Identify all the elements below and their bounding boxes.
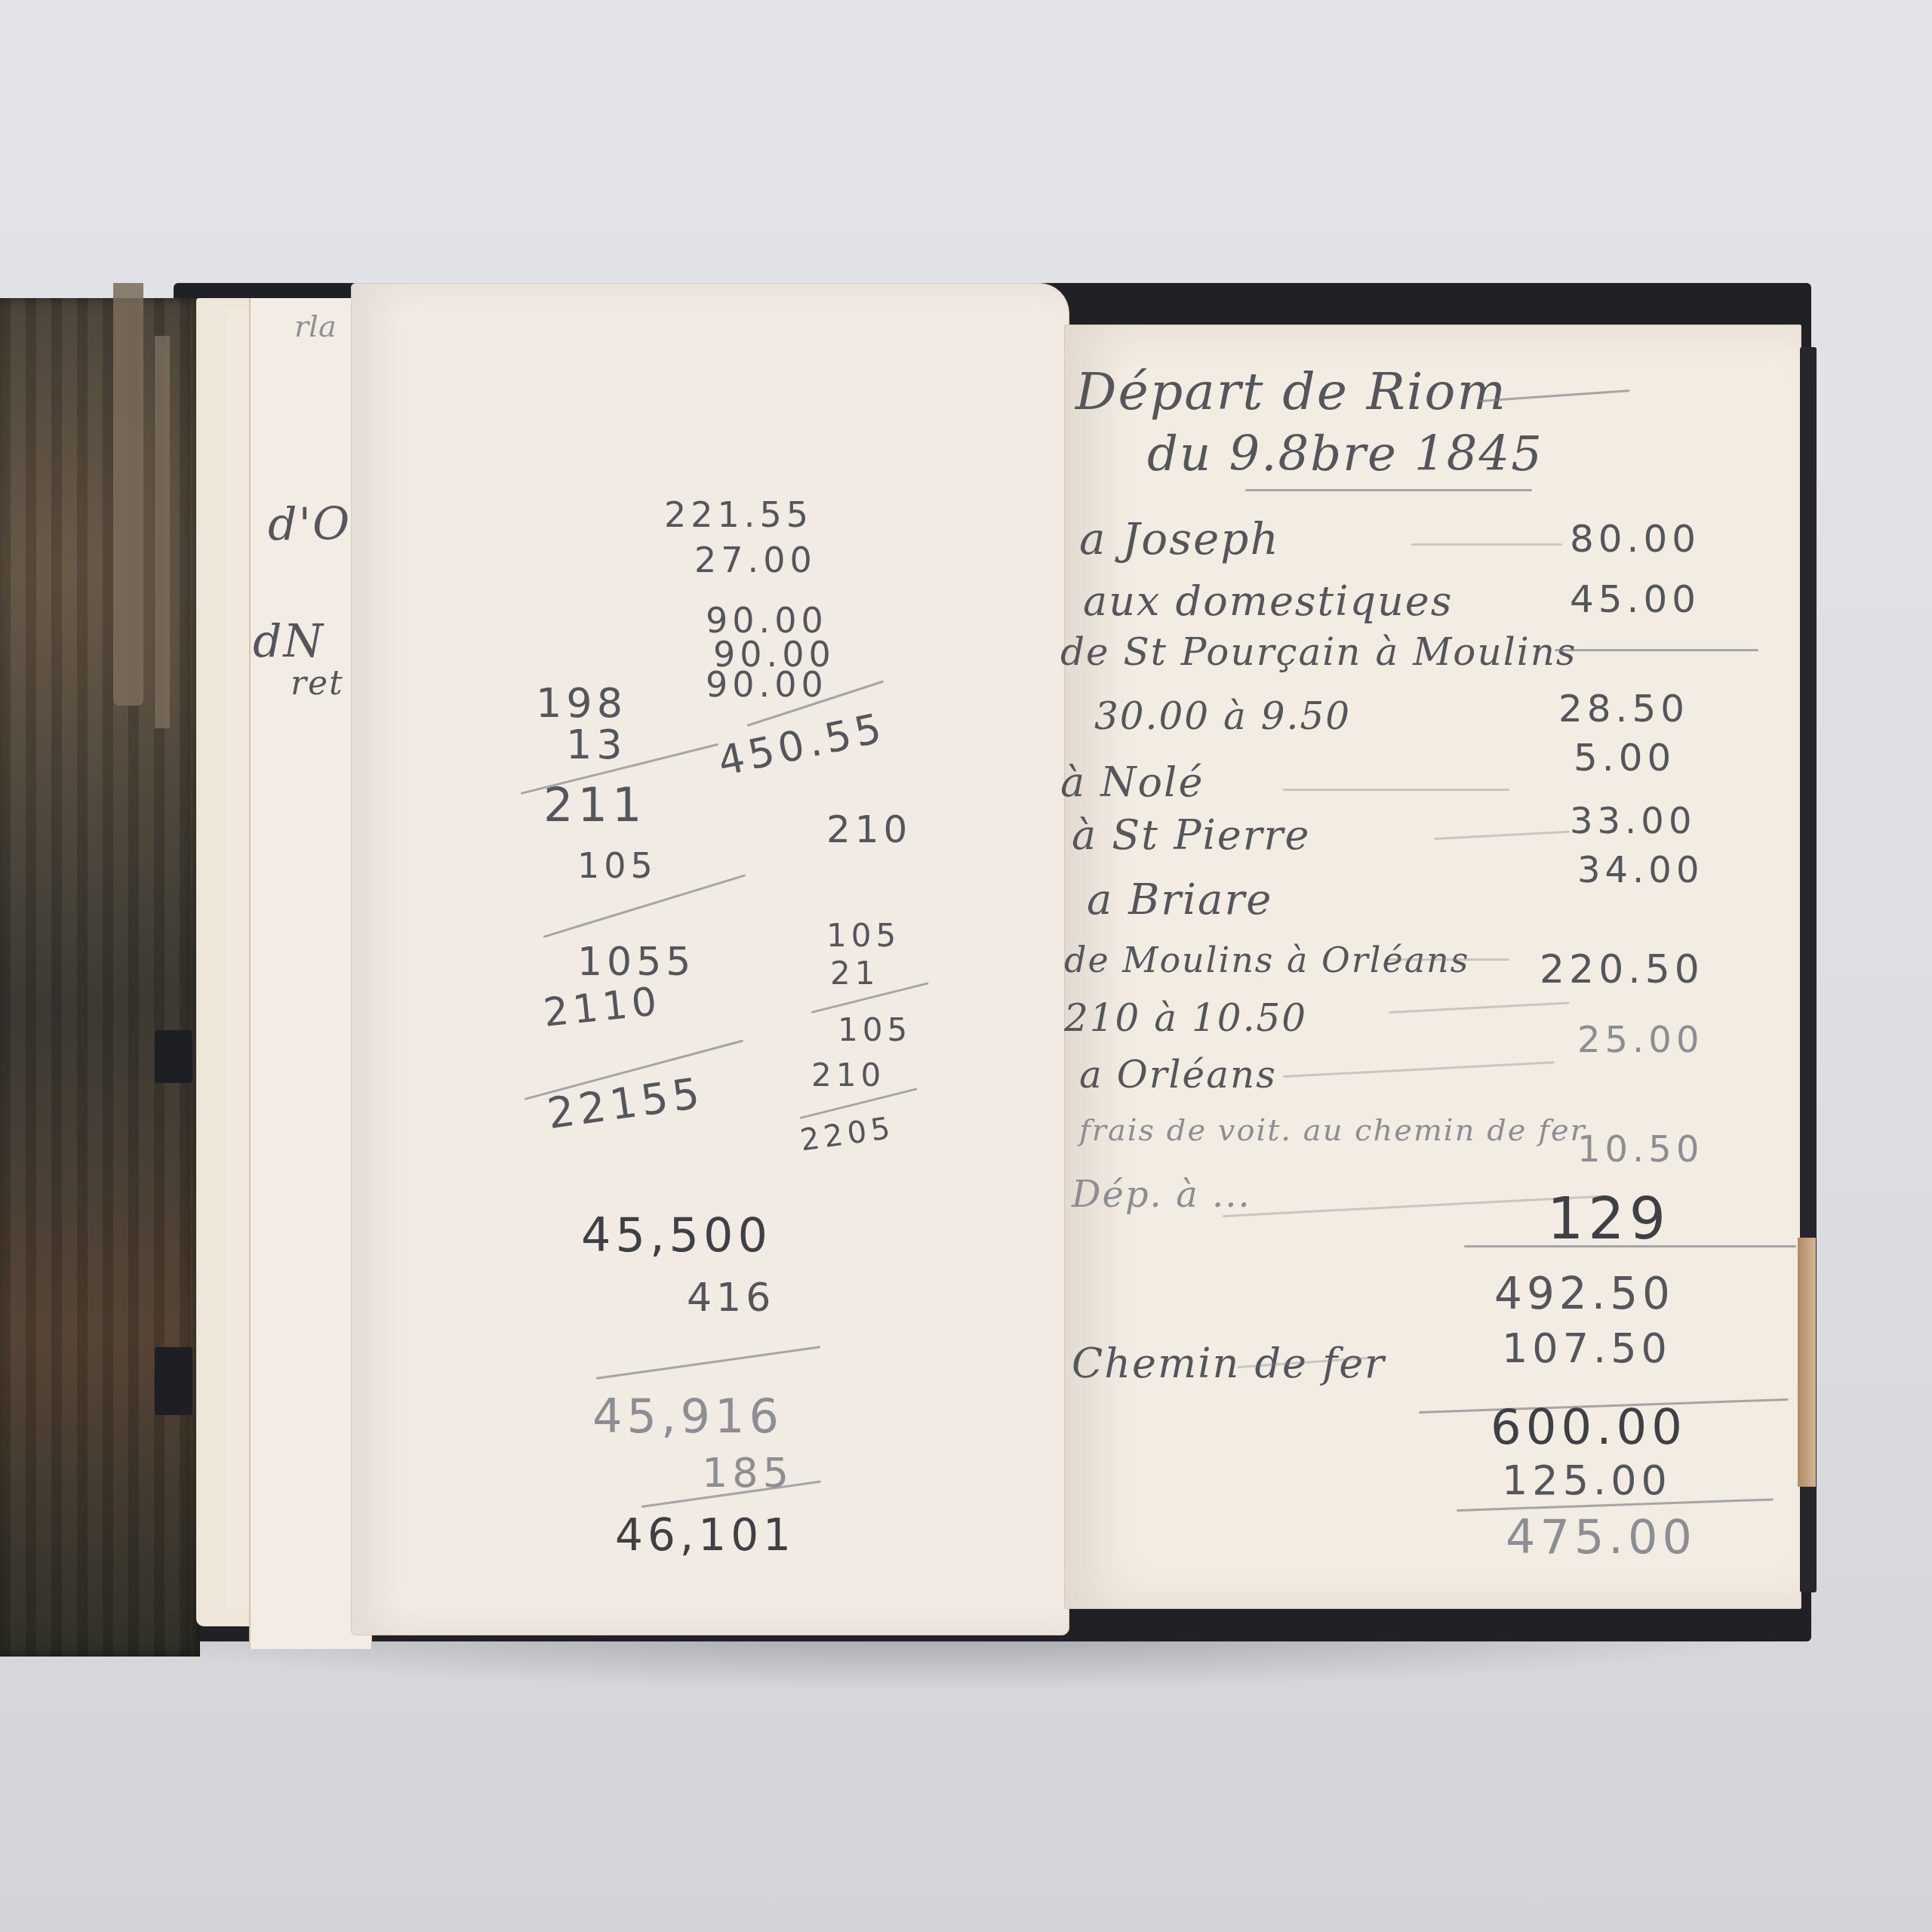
total-sum-b: 107.50 [1502,1324,1672,1372]
entry-leader [1389,958,1509,961]
calc-sum-total: 211 [543,777,646,832]
entry-rule [1555,649,1758,651]
book-spine [0,298,200,1657]
spine-bookmark-strap [155,1030,192,1083]
page-edge-stain [1798,1238,1816,1487]
calc-top-line: 221.55 [664,494,813,535]
total-sum-a: 492.50 [1494,1268,1675,1319]
total-less: 125.00 [1502,1457,1672,1504]
calc-mult-right-line: 105 [838,1011,912,1048]
entry-amount: 33.00 [1570,800,1696,842]
entry-label: 30.00 à 9.50 [1094,694,1351,738]
total-amount: 600.00 [1491,1400,1687,1456]
entry-label: Dép. à ... [1072,1174,1251,1216]
calc-bottom-line: 45,916 [592,1389,783,1444]
calc-top-line: 27.00 [694,540,817,580]
calc-top-line: 90.00 [706,664,828,705]
entry-amount: 28.50 [1558,687,1689,731]
entry-amount: 10.50 [1577,1128,1703,1171]
entry-label: a Orléans [1079,1053,1277,1097]
calc-mult-line: 1055 [577,940,695,985]
entry-amount: 25.00 [1577,1019,1703,1061]
entry-leader [1283,789,1509,791]
calc-mult-right-line: 105 [826,917,900,954]
entry-rule [1464,1245,1796,1247]
calc-bottom-line: 185 [702,1449,793,1497]
calc-bottom-line: 416 [687,1275,775,1321]
entry-amount: 5.00 [1574,736,1675,780]
spine-torn-band [155,336,170,728]
heading-underline [1245,489,1532,491]
calc-bottom-line: 45,500 [581,1207,772,1263]
margin-fragment: rla [294,309,337,344]
entry-label: a Joseph [1079,513,1280,565]
total-balance: 475.00 [1506,1509,1697,1564]
spine-torn-band [113,283,143,706]
calc-sum-line: 13 [566,721,627,768]
entry-label: aux domestiques [1083,577,1454,625]
page-date: du 9.8bre 1845 [1147,426,1543,482]
entry-label: à St Pierre [1072,811,1310,859]
margin-fragment: d'O [268,498,351,551]
entry-amount: 220.50 [1540,947,1704,992]
entry-amount: 80.00 [1570,517,1700,561]
spine-bookmark-strap [155,1347,192,1415]
calc-mult-right-line: 21 [830,955,879,992]
entry-leader [1411,543,1562,546]
entry-label: 210 à 10.50 [1064,996,1307,1040]
entry-label: à Nolé [1060,758,1204,806]
calc-mult-line: 105 [577,845,657,886]
subtotal-mark: 129 [1547,1185,1670,1252]
page-heading: Départ de Riom [1075,362,1507,422]
margin-fragment: dN [253,615,325,668]
chemin-de-fer-label: Chemin de fer [1072,1340,1386,1387]
calc-mult-right-line: 210 [811,1057,885,1094]
entry-amount: 34.00 [1577,849,1703,891]
entry-label: frais de voit. au chemin de fer [1079,1113,1586,1148]
margin-fragment: ret [291,664,344,703]
entry-label: de St Pourçain à Moulins [1060,630,1577,674]
calc-bottom-total: 46,101 [615,1509,795,1561]
entry-amount: 45.00 [1570,577,1700,621]
calc-mult-right-line: 210 [826,808,912,851]
entry-label: a Briare [1087,875,1272,924]
calc-sum-line: 198 [536,679,627,727]
